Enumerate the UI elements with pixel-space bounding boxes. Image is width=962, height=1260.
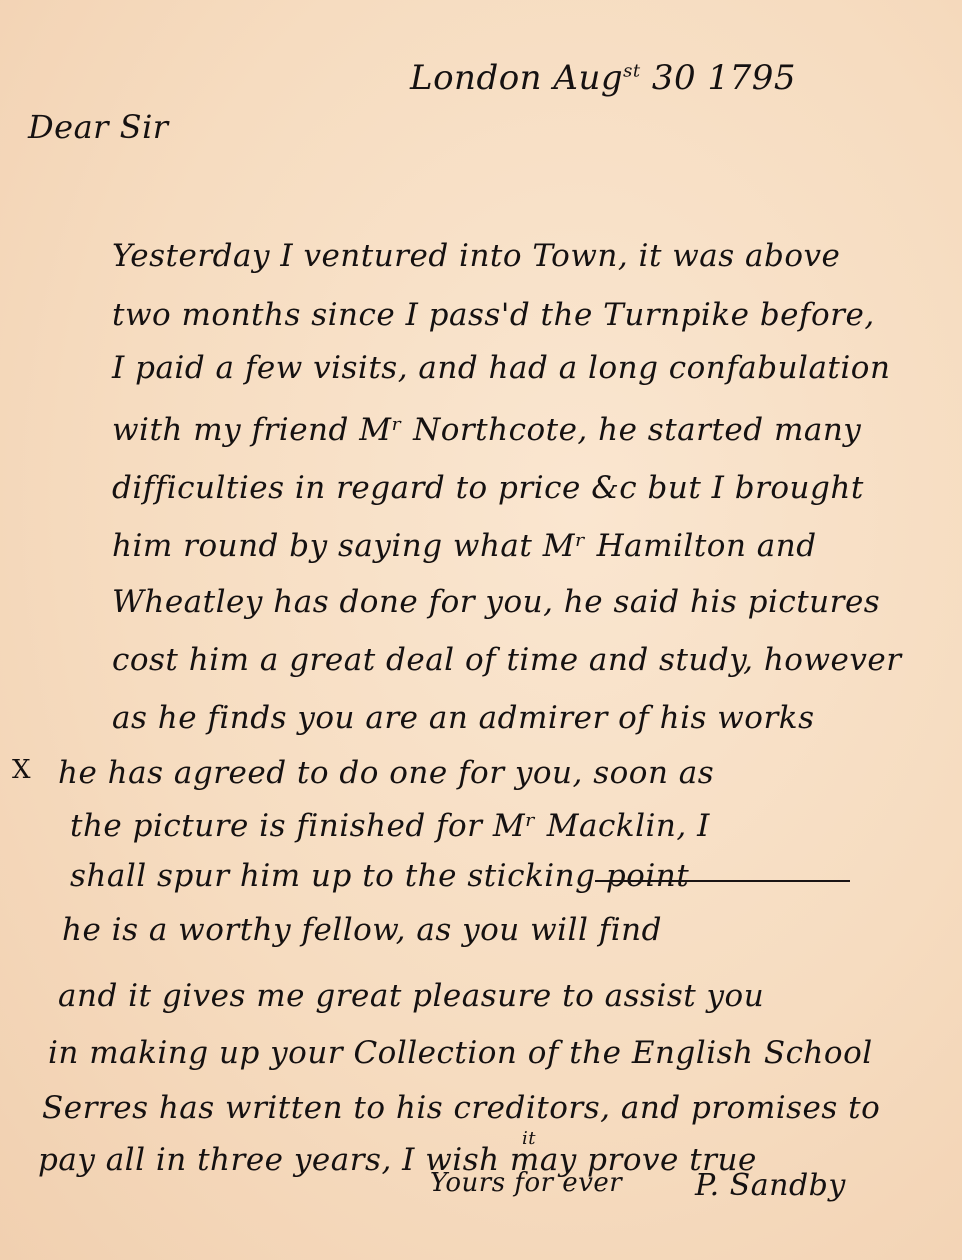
closing: Yours for ever — [430, 1168, 622, 1198]
body-line: he has agreed to do one for you, soon as — [58, 755, 714, 791]
body-line: him round by saying what Mʳ Hamilton and — [112, 528, 817, 564]
body-line: Wheatley has done for you, he said his p… — [112, 584, 880, 620]
body-line: I paid a few visits, and had a long conf… — [112, 350, 890, 386]
margin-mark: X — [12, 755, 31, 785]
signature: P. Sandby — [695, 1168, 846, 1203]
body-line: Yesterday I ventured into Town, it was a… — [112, 238, 840, 274]
body-line: shall spur him up to the sticking point — [70, 858, 689, 894]
body-line: and it gives me great pleasure to assist… — [58, 978, 764, 1014]
body-line: he is a worthy fellow, as you will find — [62, 912, 662, 948]
body-line: in making up your Collection of the Engl… — [48, 1035, 873, 1071]
body-line: Serres has written to his creditors, and… — [42, 1090, 880, 1126]
body-line: as he finds you are an admirer of his wo… — [112, 700, 815, 736]
insertion-word: it — [522, 1128, 536, 1149]
dateline-day-year: 30 1795 — [652, 58, 796, 98]
body-line: with my friend Mʳ Northcote, he started … — [112, 412, 861, 448]
underline — [595, 880, 850, 882]
dateline-month: Aug — [553, 58, 623, 98]
dateline: London Augst 30 1795 — [410, 58, 796, 98]
body-line: two months since I pass'd the Turnpike b… — [112, 297, 875, 333]
dateline-month-suffix: st — [623, 61, 640, 82]
body-line: the picture is finished for Mʳ Macklin, … — [70, 808, 710, 844]
dateline-place: London — [410, 58, 542, 98]
body-line: pay all in three years, I wish may prove… — [38, 1142, 757, 1178]
body-line: cost him a great deal of time and study,… — [112, 642, 902, 678]
salutation: Dear Sir — [28, 108, 169, 146]
body-line: difficulties in regard to price &c but I… — [112, 470, 864, 506]
